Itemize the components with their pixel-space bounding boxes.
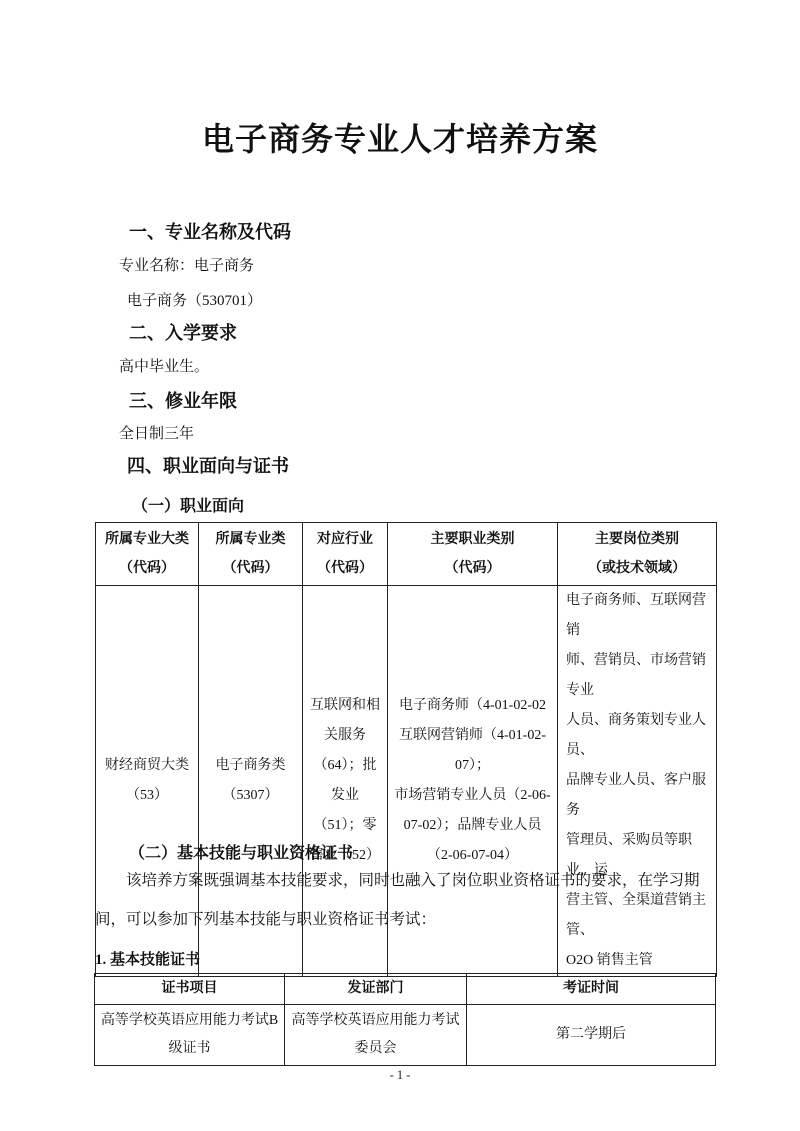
admission-requirement-line: 高中毕业生。 bbox=[119, 355, 209, 376]
cert-table-header-exam-time: 考证时间 bbox=[467, 974, 716, 1005]
cert-cell-project: 高等学校英语应用能力考试B级证书 bbox=[95, 1005, 285, 1066]
document-title: 电子商务专业人才培养方案 bbox=[0, 114, 800, 160]
career-table-header-industry: 对应行业 （代码） bbox=[303, 523, 388, 586]
career-table-header-row: 所属专业大类 （代码） 所属专业类 （代码） 对应行业 （代码） 主要职业类别 … bbox=[96, 523, 717, 586]
career-table-header-major-category: 所属专业大类 （代码） bbox=[96, 523, 199, 586]
cert-cell-exam-time: 第二学期后 bbox=[467, 1005, 716, 1066]
cert-table-header-issuer: 发证部门 bbox=[285, 974, 467, 1005]
heading-section-1: 一、专业名称及代码 bbox=[129, 218, 291, 244]
cert-table-row: 高等学校英语应用能力考试B级证书 高等学校英语应用能力考试委员会 第二学期后 bbox=[95, 1005, 716, 1066]
cert-table-header-row: 证书项目 发证部门 考证时间 bbox=[95, 974, 716, 1005]
career-table-header-occupation: 主要职业类别 （代码） bbox=[388, 523, 558, 586]
heading-basic-skills-certificates: （二）基本技能与职业资格证书 bbox=[129, 840, 353, 863]
heading-section-3: 三、修业年限 bbox=[129, 387, 237, 413]
career-table-header-positions: 主要岗位类别 （或技术领域） bbox=[558, 523, 717, 586]
heading-basic-skill-cert-list: 1. 基本技能证书 bbox=[95, 948, 200, 969]
heading-section-4: 四、职业面向与证书 bbox=[127, 452, 289, 478]
document-page: 电子商务专业人才培养方案 一、专业名称及代码 专业名称：电子商务 电子商务（53… bbox=[0, 0, 800, 1131]
certificates-paragraph: 该培养方案既强调基本技能要求，同时也融入了岗位职业资格证书的要求，在学习期 间，… bbox=[95, 861, 713, 939]
basic-skill-certificate-table: 证书项目 发证部门 考证时间 高等学校英语应用能力考试B级证书 高等学校英语应用… bbox=[94, 973, 716, 1066]
study-duration-line: 全日制三年 bbox=[119, 422, 194, 443]
page-number: - 1 - bbox=[0, 1068, 800, 1083]
major-name-line: 专业名称：电子商务 bbox=[119, 254, 254, 275]
cert-cell-issuer: 高等学校英语应用能力考试委员会 bbox=[285, 1005, 467, 1066]
cert-table-header-project: 证书项目 bbox=[95, 974, 285, 1005]
major-code-line: 电子商务（530701） bbox=[127, 289, 262, 310]
heading-career-orientation: （一）职业面向 bbox=[132, 493, 244, 516]
heading-section-2: 二、入学要求 bbox=[129, 319, 237, 345]
career-table-header-major-class: 所属专业类 （代码） bbox=[199, 523, 303, 586]
